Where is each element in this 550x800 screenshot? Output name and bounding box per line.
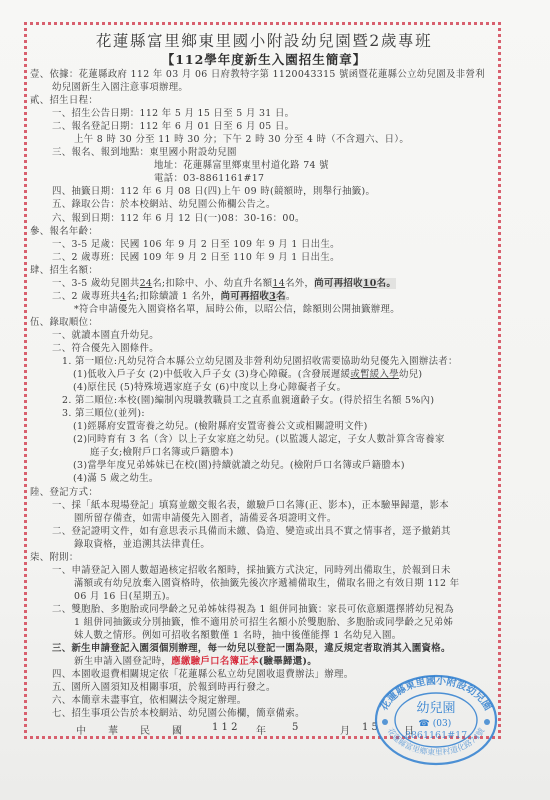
- seal-graphic: 花蓮縣東里國小附設幼兒園 花蓮縣富里鄉東里村道化路74號 幼兒園 ☎ (03) …: [372, 672, 500, 768]
- quota-2yr: 二、2 歲專班共4名;扣除續讀 1 名外，尚可再招收3名。: [30, 290, 498, 303]
- svg-text:8861161#17: 8861161#17: [405, 730, 467, 741]
- priority-third-1: (1)經縣府安置寄養之幼兒。(檢附縣府安置寄養公文或相關證明文件): [30, 420, 498, 433]
- section-quota-heading: 肆、招生名額：: [30, 264, 498, 277]
- red-emphasis: 應繳驗戶口名簿正本: [171, 656, 259, 667]
- priority-third-2: (2)同時育有 3 名（含）以上子女家庭之幼兒。(以監護人認定，子女人數計算含寄…: [30, 433, 498, 446]
- quota-remaining-highlight: 尚可再招收3名: [221, 291, 286, 302]
- quota-promoted: 14: [272, 278, 285, 289]
- schedule-address: 地址：花蓮縣富里鄉東里村道化路 74 號: [30, 159, 498, 172]
- rule-individual: 三、新生申請登記入園須個別辦理，每一幼兒以登記一園為限，違反規定者取消其入園資格…: [30, 642, 498, 655]
- schedule-phone: 電話：03-8861161#17: [30, 172, 498, 185]
- priority-third: 3. 第三順位(並列):: [30, 407, 498, 420]
- rule-individual-cont: 新生申請入園登記時，應繳驗戶口名簿正本(驗畢歸還)。: [30, 655, 498, 668]
- section-rules-heading: 柒、附則：: [30, 551, 498, 564]
- document-date: 中 華 民 國 1 1 2 年 5 月 1 5 日: [76, 722, 414, 737]
- registration-docs-cont: 錄取資格，並追溯其法律責任。: [30, 538, 498, 551]
- schedule-checkin: 六、報到日期：112 年 6 月 12 日(一)08：30-16：00。: [30, 212, 498, 225]
- priority-first: 1. 第一順位:凡幼兒符合本縣公立幼兒園及非營利幼兒園招收需要協助幼兒優先入園辦…: [30, 355, 498, 368]
- schedule-lottery: 四、抽籤日期：112 年 6 月 08 日(四)上午 09 時(競額時，則舉行抽…: [30, 185, 498, 198]
- schedule-result: 五、錄取公告：於本校網站、幼兒園公佈欄公告之。: [30, 198, 498, 211]
- schedule-location: 三、報名、報到地點：東里國小附設幼兒園: [30, 146, 498, 159]
- document-page: 花蓮縣富里鄉東里國小附設幼兒園暨2歲專班 【112學年度新生入園招生簡章】 壹、…: [0, 0, 550, 800]
- section-schedule-heading: 貳、招生日程：: [30, 94, 498, 107]
- age-3to5: 一、3-5 足歲：民國 106 年 9 月 2 日至 109 年 9 月 1 日…: [30, 238, 498, 251]
- schedule-register: 二、報名登記日期：112 年 6 月 01 日至 6 月 05 日。: [30, 120, 498, 133]
- rule-lottery: 一、申請登記入園人數超過核定招收名額時，採抽籤方式決定，同時列出備取生，於報到日…: [30, 564, 498, 577]
- quota-total: 24: [140, 278, 153, 289]
- schedule-announce: 一、招生公告日期：112 年 5 月 15 日至 5 月 31 日。: [30, 107, 498, 120]
- priority-first-b: (4)原住民 (5)特殊境遇家庭子女 (6)中度以上身心障礙者子女。: [30, 381, 498, 394]
- schedule-register-hours: 上午 8 時 30 分至 11 時 30 分；下午 2 時 30 分至 4 時（…: [30, 133, 498, 146]
- section-registration-heading: 陸、登記方式：: [30, 486, 498, 499]
- priority-third-4: (4)滿 5 歲之幼生。: [30, 472, 498, 485]
- registration-paper-cont: 園所留存備查，如需申請優先入園者，請備妥各項證明文件。: [30, 512, 498, 525]
- phone-icon: ☎: [418, 719, 429, 729]
- registration-docs: 二、登記證明文件，如有意思表示具備而未繳、偽造、變造或出具不實之情事者，逕予撤銷…: [30, 525, 498, 538]
- section-basis-cont: 幼兒園新生入園注意事項辦理。: [30, 81, 498, 94]
- priority-third-3: (3)當學年度兄弟姊妹已在校(園)持續就讀之幼兒。(檢附戶口名簿或戶籍謄本): [30, 459, 498, 472]
- notice-content: 花蓮縣富里鄉東里國小附設幼兒園暨2歲專班 【112學年度新生入園招生簡章】 壹、…: [30, 30, 498, 720]
- priority-first-a: (1)低收入戶子女 (2)中低收入戶子女 (3)身心障礙。(含發展遲緩或暫緩入學…: [30, 368, 498, 381]
- date-month: 5: [292, 722, 340, 737]
- registration-paper: 一、採「紙本現場登記」填寫並繳交報名表，繳驗戶口名簿(正、影本)，正本驗畢歸還，…: [30, 499, 498, 512]
- priority-direct: 一、就讀本園直升幼兒。: [30, 329, 498, 342]
- rule-twins: 二、雙胞胎、多胞胎或同學齡之兄弟姊妹得視為 1 組併同抽籤：家長可依意願選擇將幼…: [30, 603, 498, 616]
- priority-conditions: 二、符合優先入園條件。: [30, 342, 498, 355]
- age-2yr: 二、2 歲專班：民國 109 年 9 月 2 日至 110 年 9 月 1 日出…: [30, 251, 498, 264]
- rule-twins-cont1: 1 組併同抽籤或分別抽籤，惟不適用於可招生名額小於雙胞胎、多胞胎或同學齡之兄弟姊: [30, 616, 498, 629]
- quota-note: *符合申請優先入園資格名單，屆時公佈，以昭公信，餘額則公開抽籤辦理。: [30, 303, 498, 316]
- svg-text:(03): (03): [433, 718, 451, 729]
- rule-lottery-cont2: 06 月 16 日(星期五)。: [30, 590, 498, 603]
- section-priority-heading: 伍、錄取順位：: [30, 316, 498, 329]
- date-year: 1 1 2: [212, 722, 256, 737]
- kindergarten-seal-stamp: 花蓮縣東里國小附設幼兒園 花蓮縣富里鄉東里村道化路74號 幼兒園 ☎ (03) …: [372, 672, 500, 768]
- quota-remaining-highlight: 尚可再招收10名。: [314, 278, 396, 289]
- priority-third-2-cont: 庭子女;檢附戶口名簿或戶籍謄本): [30, 446, 498, 459]
- priority-second: 2. 第二順位:本校(園)編制內現職教職員工之直系血親適齡子女。(得於招生名額 …: [30, 394, 498, 407]
- document-title: 花蓮縣富里鄉東里國小附設幼兒園暨2歲專班: [30, 31, 498, 51]
- rule-lottery-cont1: 滿額或有幼兒放棄入園資格時，依抽籤先後次序遞補備取生，備取名冊之有效日期 112…: [30, 577, 498, 590]
- section-basis: 壹、依據：花蓮縣政府 112 年 03 月 06 日府教特字第 11200433…: [30, 68, 498, 81]
- rule-twins-cont2: 妹人數之情形。例如可招收名額數僅 1 名時，抽中後僅能擇 1 名幼兒入園。: [30, 629, 498, 642]
- section-age-heading: 參、報名年齡：: [30, 225, 498, 238]
- document-subtitle: 【112學年度新生入園招生簡章】: [30, 51, 498, 68]
- svg-text:幼兒園: 幼兒園: [416, 700, 455, 716]
- quota-3to5: 一、3-5 歲幼兒園共24名;扣除中、小、幼直升名額14名外，尚可再招收10名。: [30, 277, 498, 290]
